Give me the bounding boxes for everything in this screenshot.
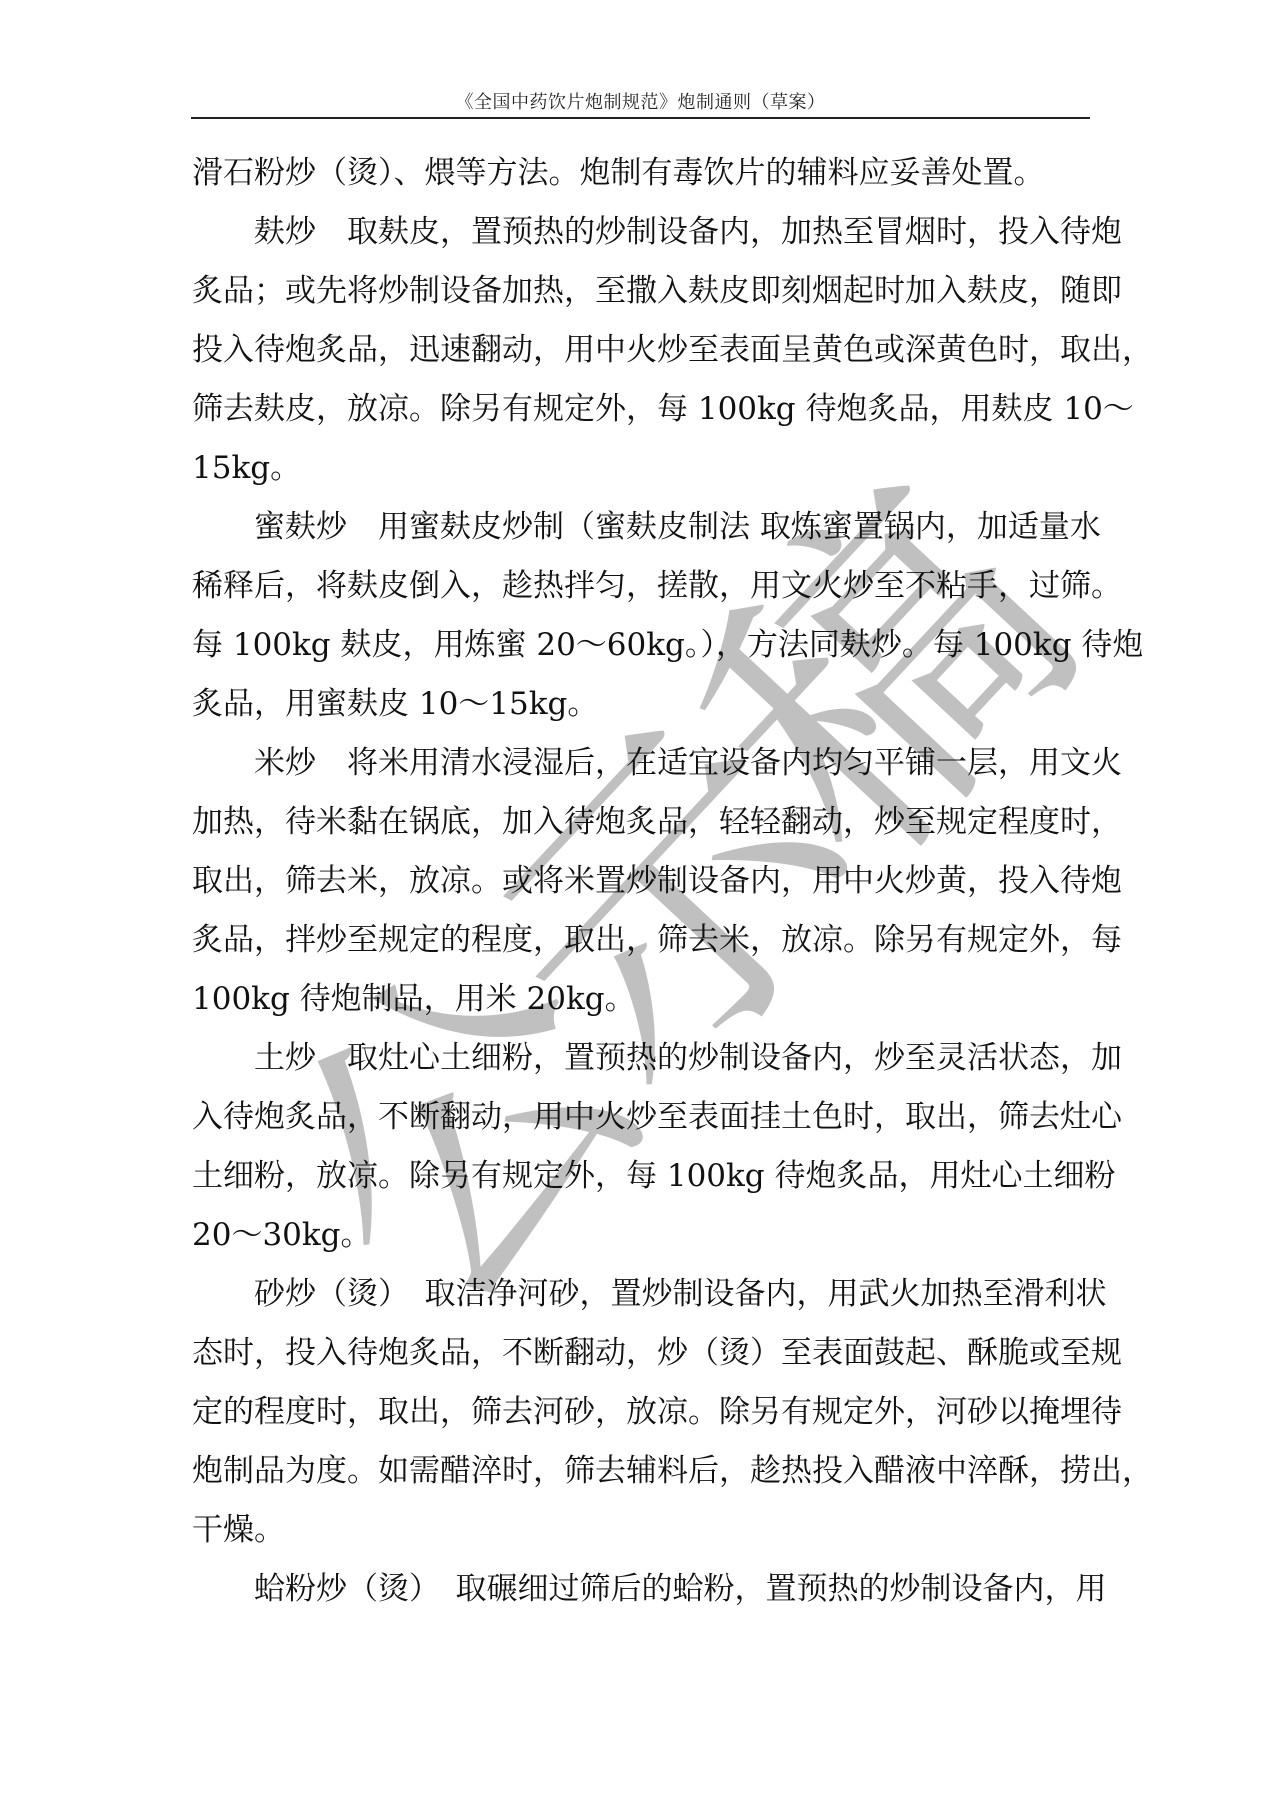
- paragraph-sha-chao: 砂炒（烫） 取洁净河砂，置炒制设备内，用武火加热至滑利状 态时，投入待炮炙品，不…: [192, 1265, 1090, 1560]
- body-text: 滑石粉炒（烫）、煨等方法。炮制有毒饮片的辅料应妥善处置。 麸炒 取麸皮，置预热的…: [192, 144, 1090, 1619]
- text-line: 米炒 将米用清水浸湿后，在适宜设备内均匀平铺一层，用文火: [192, 734, 1090, 793]
- text-line: 炙品，用蜜麸皮 10～15kg。: [192, 675, 1090, 734]
- paragraph-ge-fen-chao: 蛤粉炒（烫） 取碾细过筛后的蛤粉，置预热的炒制设备内，用: [192, 1560, 1090, 1619]
- text-line: 干燥。: [192, 1501, 1090, 1560]
- paragraph-fu-chao: 麸炒 取麸皮，置预热的炒制设备内，加热至冒烟时，投入待炮 炙品；或先将炒制设备加…: [192, 203, 1090, 498]
- text-line: 土炒 取灶心土细粉，置预热的炒制设备内，炒至灵活状态，加: [192, 1029, 1090, 1088]
- text-line: 20～30kg。: [192, 1206, 1090, 1265]
- running-header: 《全国中药饮片炮制规范》炮制通则（草案）: [191, 91, 1090, 115]
- text-line: 炙品，拌炒至规定的程度，取出，筛去米，放凉。除另有规定外，每: [192, 911, 1090, 970]
- text-line: 土细粉，放凉。除另有规定外，每 100kg 待炮炙品，用灶心土细粉: [192, 1147, 1090, 1206]
- text-line: 加热，待米黏在锅底，加入待炮炙品，轻轻翻动，炒至规定程度时，: [192, 793, 1090, 852]
- text-line: 滑石粉炒（烫）、煨等方法。炮制有毒饮片的辅料应妥善处置。: [192, 144, 1090, 203]
- text-line: 投入待炮炙品，迅速翻动，用中火炒至表面呈黄色或深黄色时，取出，: [192, 321, 1090, 380]
- paragraph-tu-chao: 土炒 取灶心土细粉，置预热的炒制设备内，炒至灵活状态，加 入待炮炙品，不断翻动，…: [192, 1029, 1090, 1265]
- header-rule: [191, 117, 1090, 119]
- text-line: 炮制品为度。如需醋淬时，筛去辅料后，趁热投入醋液中淬酥，捞出，: [192, 1442, 1090, 1501]
- text-line: 炙品；或先将炒制设备加热，至撒入麸皮即刻烟起时加入麸皮，随即: [192, 262, 1090, 321]
- text-line: 定的程度时，取出，筛去河砂，放凉。除另有规定外，河砂以掩埋待: [192, 1383, 1090, 1442]
- text-line: 稀释后，将麸皮倒入，趁热拌匀，搓散，用文火炒至不粘手，过筛。: [192, 557, 1090, 616]
- text-line: 态时，投入待炮炙品，不断翻动，炒（烫）至表面鼓起、酥脆或至规: [192, 1324, 1090, 1383]
- text-line: 麸炒 取麸皮，置预热的炒制设备内，加热至冒烟时，投入待炮: [192, 203, 1090, 262]
- text-line: 入待炮炙品，不断翻动，用中火炒至表面挂土色时，取出，筛去灶心: [192, 1088, 1090, 1147]
- paragraph-continuation: 滑石粉炒（烫）、煨等方法。炮制有毒饮片的辅料应妥善处置。: [192, 144, 1090, 203]
- document-page: 《全国中药饮片炮制规范》炮制通则（草案） 公示稿 滑石粉炒（烫）、煨等方法。炮制…: [0, 0, 1280, 1810]
- text-line: 15kg。: [192, 439, 1090, 498]
- paragraph-mi-chao: 米炒 将米用清水浸湿后，在适宜设备内均匀平铺一层，用文火 加热，待米黏在锅底，加…: [192, 734, 1090, 1029]
- text-line: 每 100kg 麸皮，用炼蜜 20～60kg。），方法同麸炒。每 100kg 待…: [192, 616, 1090, 675]
- text-line: 取出，筛去米，放凉。或将米置炒制设备内，用中火炒黄，投入待炮: [192, 852, 1090, 911]
- text-line: 100kg 待炮制品，用米 20kg。: [192, 970, 1090, 1029]
- text-line: 砂炒（烫） 取洁净河砂，置炒制设备内，用武火加热至滑利状: [192, 1265, 1090, 1324]
- text-line: 筛去麸皮，放凉。除另有规定外，每 100kg 待炮炙品，用麸皮 10～: [192, 380, 1090, 439]
- text-line: 蜜麸炒 用蜜麸皮炒制（蜜麸皮制法 取炼蜜置锅内，加适量水: [192, 498, 1090, 557]
- paragraph-mi-fu-chao: 蜜麸炒 用蜜麸皮炒制（蜜麸皮制法 取炼蜜置锅内，加适量水 稀释后，将麸皮倒入，趁…: [192, 498, 1090, 734]
- text-line: 蛤粉炒（烫） 取碾细过筛后的蛤粉，置预热的炒制设备内，用: [192, 1560, 1090, 1619]
